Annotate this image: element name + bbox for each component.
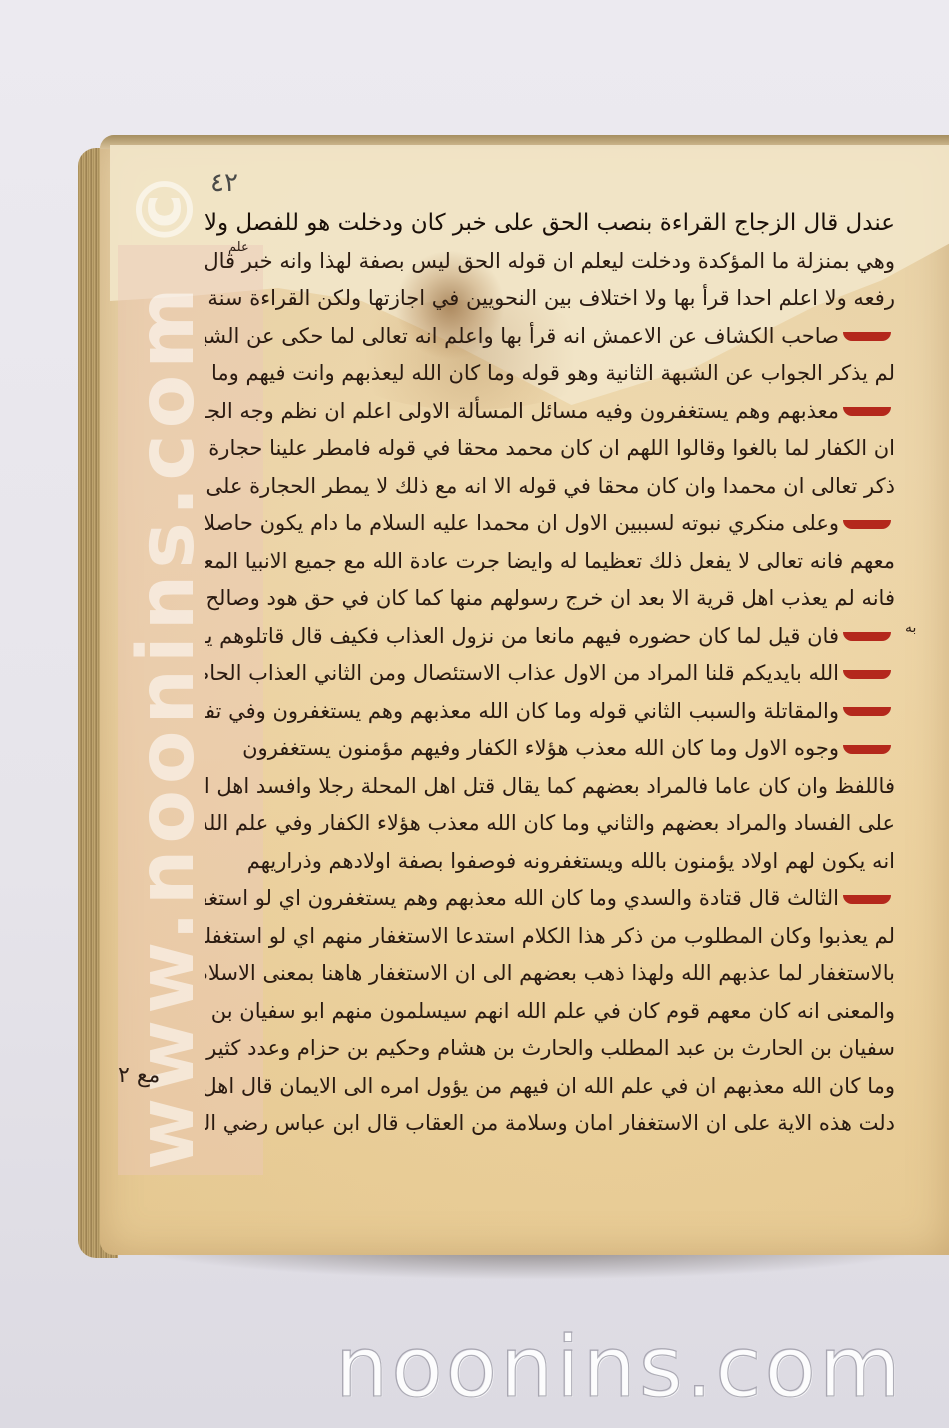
manuscript-line-text: لم يذكر الجواب عن الشبهة الثانية وهو قول… <box>205 361 895 385</box>
manuscript-line: على الفساد والمراد بعضهم والثاني وما كان… <box>205 805 895 843</box>
manuscript-line: والمعنى انه كان معهم قوم كان في علم الله… <box>205 993 895 1031</box>
rubric-overline <box>843 707 891 716</box>
manuscript-line-text: وجوه الاول وما كان الله معذب هؤلاء الكفا… <box>242 736 839 760</box>
manuscript-line-text: سفيان بن الحارث بن عبد المطلب والحارث بن… <box>205 1036 895 1060</box>
manuscript-line-text: ذكر تعالى ان محمدا وان كان محقا في قوله … <box>205 474 895 498</box>
manuscript-line-text: دلت هذه الاية على ان الاستغفار امان وسلا… <box>205 1111 895 1135</box>
manuscript-line: الله بايديكم قلنا المراد من الاول عذاب ا… <box>205 655 895 693</box>
manuscript-text: عندل قال الزجاج القراءة بنصب الحق على خب… <box>205 205 895 1143</box>
manuscript-line: رفعه ولا اعلم احدا قرأ بها ولا اختلاف بي… <box>205 280 895 318</box>
manuscript-line: لم يعذبوا وكان المطلوب من ذكر هذا الكلام… <box>205 918 895 956</box>
manuscript-line-text: وهي بمنزلة ما المؤكدة ودخلت ليعلم ان قول… <box>205 249 895 273</box>
manuscript-line-text: الله بايديكم قلنا المراد من الاول عذاب ا… <box>205 661 839 685</box>
manuscript-line: والمقاتلة والسبب الثاني قوله وما كان الل… <box>205 693 895 731</box>
manuscript-line: الثالث قال قتادة والسدي وما كان الله معذ… <box>205 880 895 918</box>
manuscript-line: وما كان الله معذبهم ان في علم الله ان في… <box>205 1068 895 1106</box>
manuscript-line-text: فاللفظ وان كان عاما فالمراد بعضهم كما يق… <box>205 774 895 798</box>
manuscript-line: صاحب الكشاف عن الاعمش انه قرأ بها واعلم … <box>205 318 895 356</box>
manuscript-line: ان الكفار لما بالغوا وقالوا اللهم ان كان… <box>205 430 895 468</box>
manuscript-line-text: والمعنى انه كان معهم قوم كان في علم الله… <box>205 999 895 1023</box>
manuscript-line: وهي بمنزلة ما المؤكدة ودخلت ليعلم ان قول… <box>205 243 895 281</box>
manuscript-line-text: بالاستغفار لما عذبهم الله ولهذا ذهب بعضه… <box>205 961 895 985</box>
manuscript-line: فان قيل لما كان حضوره فيهم مانعا من نزول… <box>205 618 895 656</box>
rubric-overline <box>843 632 891 641</box>
manuscript-line-text: معهم فانه تعالى لا يفعل ذلك تعظيما له وا… <box>205 549 895 573</box>
manuscript-line-text: فانه لم يعذب اهل قرية الا بعد ان خرج رسو… <box>205 586 895 610</box>
manuscript-line: دلت هذه الاية على ان الاستغفار امان وسلا… <box>205 1105 895 1143</box>
manuscript-line: لم يذكر الجواب عن الشبهة الثانية وهو قول… <box>205 355 895 393</box>
manuscript-line: فانه لم يعذب اهل قرية الا بعد ان خرج رسو… <box>205 580 895 618</box>
manuscript-line: سفيان بن الحارث بن عبد المطلب والحارث بن… <box>205 1030 895 1068</box>
manuscript-line: معذبهم وهم يستغفرون وفيه مسائل المسألة ا… <box>205 393 895 431</box>
manuscript-line-text: وعلى منكري نبوته لسببين الاول ان محمدا ع… <box>205 511 839 535</box>
manuscript-line-text: معذبهم وهم يستغفرون وفيه مسائل المسألة ا… <box>205 399 839 423</box>
rubric-overline <box>843 407 891 416</box>
manuscript-line: وعلى منكري نبوته لسببين الاول ان محمدا ع… <box>205 505 895 543</box>
rubric-overline <box>843 670 891 679</box>
manuscript-line-text: والمقاتلة والسبب الثاني قوله وما كان الل… <box>205 699 839 723</box>
manuscript-line-text: عندل قال الزجاج القراءة بنصب الحق على خب… <box>205 210 895 236</box>
manuscript-line-text: وما كان الله معذبهم ان في علم الله ان في… <box>205 1074 895 1098</box>
manuscript-line-text: صاحب الكشاف عن الاعمش انه قرأ بها واعلم … <box>205 324 839 348</box>
manuscript-line: وجوه الاول وما كان الله معذب هؤلاء الكفا… <box>205 730 895 768</box>
manuscript-line-text: على الفساد والمراد بعضهم والثاني وما كان… <box>205 811 895 835</box>
manuscript-line: انه يكون لهم اولاد يؤمنون بالله ويستغفرو… <box>205 843 895 881</box>
manuscript-line: معهم فانه تعالى لا يفعل ذلك تعظيما له وا… <box>205 543 895 581</box>
rubric-overline <box>843 895 891 904</box>
manuscript-line: عندل قال الزجاج القراءة بنصب الحق على خب… <box>205 205 895 243</box>
manuscript-line-text: فان قيل لما كان حضوره فيهم مانعا من نزول… <box>205 624 839 648</box>
rubric-overline <box>843 332 891 341</box>
manuscript-line-text: ان الكفار لما بالغوا وقالوا اللهم ان كان… <box>205 436 895 460</box>
margin-note-left-bottom: مع ٢ <box>118 1063 160 1088</box>
manuscript-line-text: رفعه ولا اعلم احدا قرأ بها ولا اختلاف بي… <box>205 286 895 310</box>
manuscript-line: بالاستغفار لما عذبهم الله ولهذا ذهب بعضه… <box>205 955 895 993</box>
margin-note-right: به <box>905 620 916 636</box>
manuscript-line-text: لم يعذبوا وكان المطلوب من ذكر هذا الكلام… <box>205 924 895 948</box>
rubric-overline <box>843 520 891 529</box>
manuscript-line-text: انه يكون لهم اولاد يؤمنون بالله ويستغفرو… <box>247 849 895 873</box>
manuscript-line: فاللفظ وان كان عاما فالمراد بعضهم كما يق… <box>205 768 895 806</box>
page-number: ٤٢ <box>210 168 238 198</box>
manuscript-line: ذكر تعالى ان محمدا وان كان محقا في قوله … <box>205 468 895 506</box>
watermark-footer: noonins.com <box>335 1318 949 1416</box>
rubric-overline <box>843 745 891 754</box>
watermark-vertical: www.noonins.com © <box>122 164 212 1170</box>
manuscript-line-text: الثالث قال قتادة والسدي وما كان الله معذ… <box>205 886 839 910</box>
